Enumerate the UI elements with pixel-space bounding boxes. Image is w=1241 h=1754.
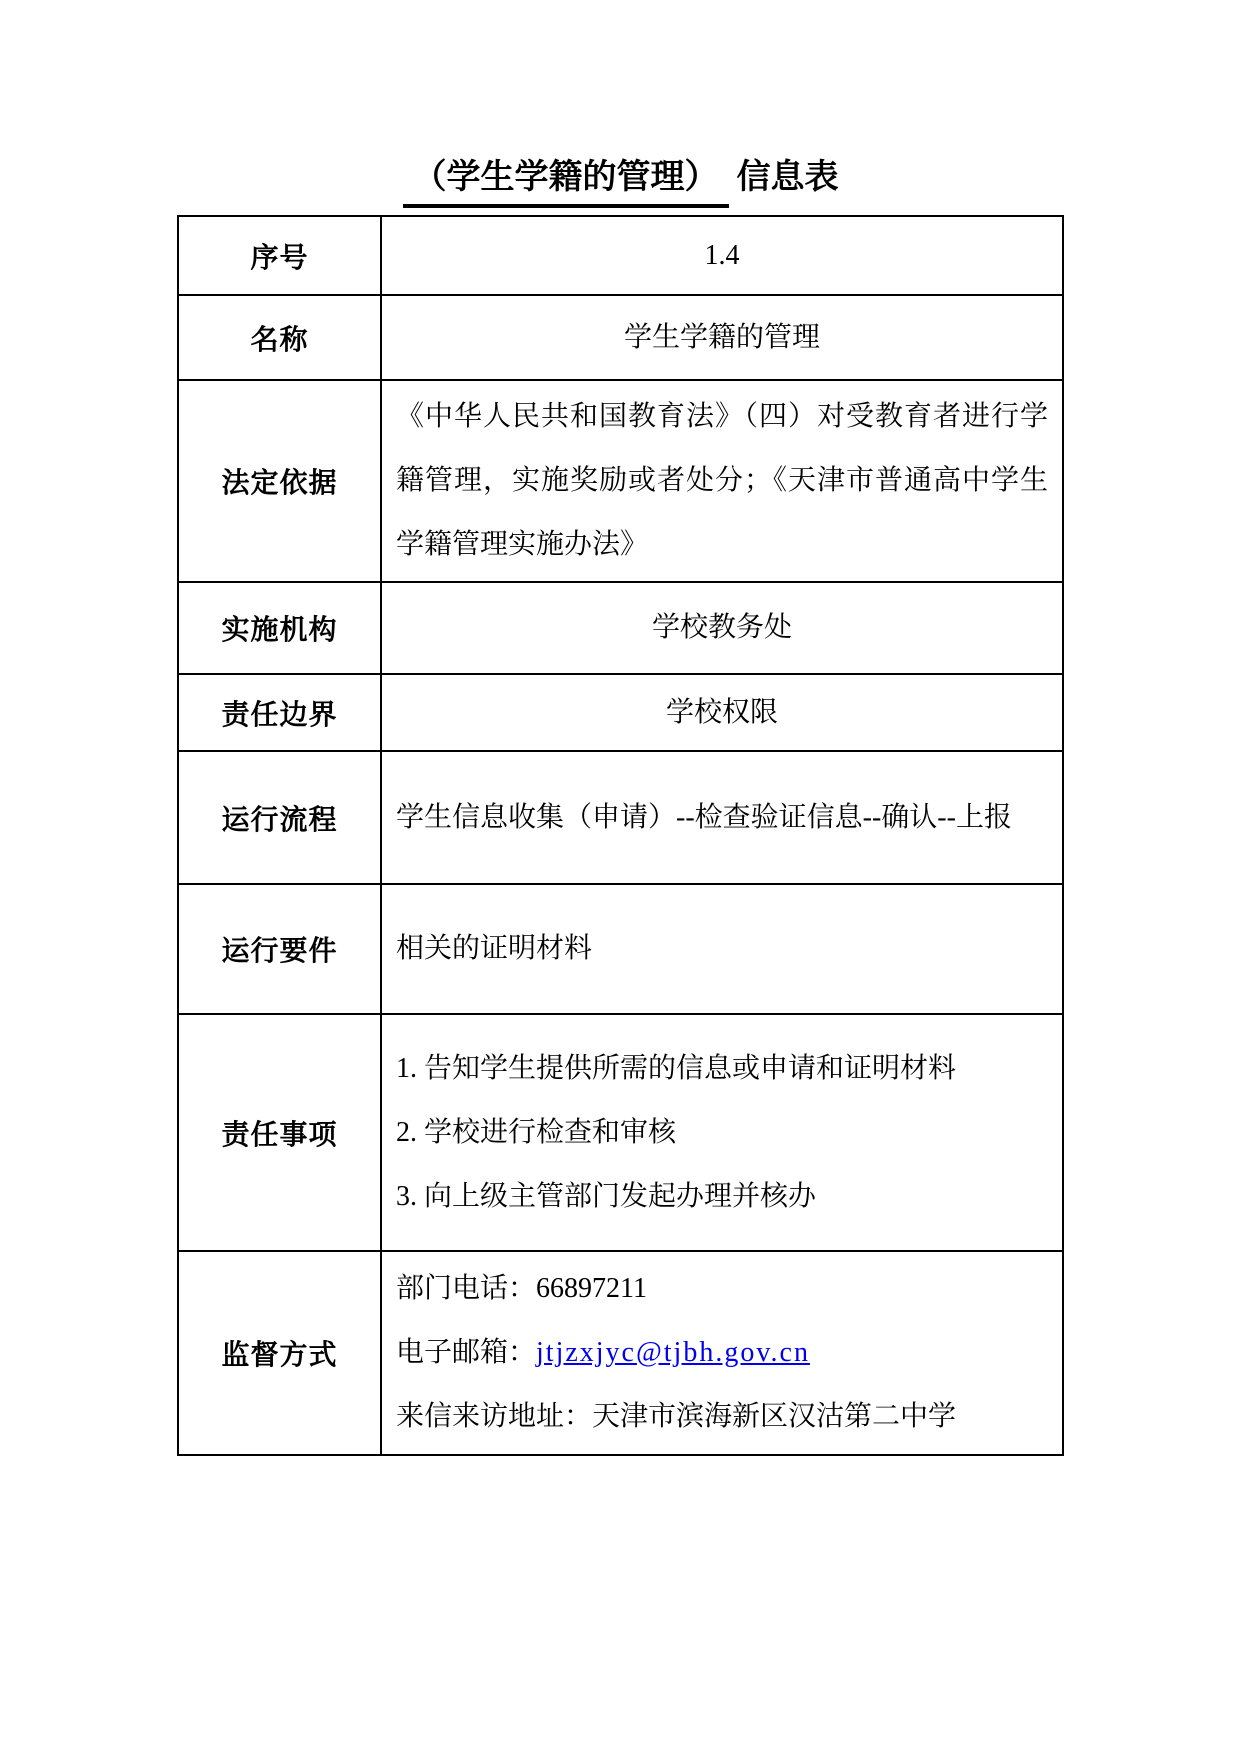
page-title-underlined-part: （学生学籍的管理） — [403, 152, 729, 208]
row-supervision-method: 监督方式 部门电话：66897211 电子邮箱：jtjzxjyc@tjbh.go… — [178, 1251, 1063, 1455]
row-label: 责任边界 — [178, 674, 381, 751]
supervision-email-label: 电子邮箱： — [396, 1337, 536, 1368]
supervision-method-value: 部门电话：66897211 电子邮箱：jtjzxjyc@tjbh.gov.cn … — [381, 1251, 1063, 1455]
operation-requirements-value: 相关的证明材料 — [381, 884, 1063, 1014]
row-label: 监督方式 — [178, 1251, 381, 1455]
row-label: 责任事项 — [178, 1014, 381, 1251]
supervision-address-line: 来信来访地址：天津市滨海新区汉沽第二中学 — [396, 1385, 1048, 1449]
row-name: 名称 学生学籍的管理 — [178, 295, 1063, 380]
supervision-email-link[interactable]: jtjzxjyc@tjbh.gov.cn — [536, 1337, 810, 1368]
supervision-phone-line: 部门电话：66897211 — [396, 1257, 1048, 1321]
responsibility-item: 1. 告知学生提供所需的信息或申请和证明材料 — [396, 1037, 1048, 1101]
row-label: 运行要件 — [178, 884, 381, 1014]
serial-number-value: 1.4 — [381, 216, 1063, 295]
row-serial-number: 序号 1.4 — [178, 216, 1063, 295]
row-responsibility-boundary: 责任边界 学校权限 — [178, 674, 1063, 751]
row-label: 序号 — [178, 216, 381, 295]
row-responsibility-items: 责任事项 1. 告知学生提供所需的信息或申请和证明材料 2. 学校进行检查和审核… — [178, 1014, 1063, 1251]
operation-process-value: 学生信息收集（申请）--检查验证信息--确认--上报 — [381, 751, 1063, 884]
responsibility-items-value: 1. 告知学生提供所需的信息或申请和证明材料 2. 学校进行检查和审核 3. 向… — [381, 1014, 1063, 1251]
responsibility-item: 2. 学校进行检查和审核 — [396, 1101, 1048, 1165]
responsibility-boundary-value: 学校权限 — [381, 674, 1063, 751]
row-implementing-agency: 实施机构 学校教务处 — [178, 582, 1063, 674]
row-label: 实施机构 — [178, 582, 381, 674]
page-title-suffix: 信息表 — [737, 152, 839, 202]
legal-basis-value: 《中华人民共和国教育法》（四）对受教育者进行学籍管理，实施奖励或者处分；《天津市… — [381, 380, 1063, 582]
row-label: 法定依据 — [178, 380, 381, 582]
row-legal-basis: 法定依据 《中华人民共和国教育法》（四）对受教育者进行学籍管理，实施奖励或者处分… — [178, 380, 1063, 582]
implementing-agency-value: 学校教务处 — [381, 582, 1063, 674]
row-operation-requirements: 运行要件 相关的证明材料 — [178, 884, 1063, 1014]
row-label: 名称 — [178, 295, 381, 380]
row-label: 运行流程 — [178, 751, 381, 884]
name-value: 学生学籍的管理 — [381, 295, 1063, 380]
responsibility-item: 3. 向上级主管部门发起办理并核办 — [396, 1165, 1048, 1229]
page-title: （学生学籍的管理）信息表 — [177, 152, 1064, 208]
row-operation-process: 运行流程 学生信息收集（申请）--检查验证信息--确认--上报 — [178, 751, 1063, 884]
supervision-email-line: 电子邮箱：jtjzxjyc@tjbh.gov.cn — [396, 1321, 1048, 1385]
info-table: 序号 1.4 名称 学生学籍的管理 法定依据 《中华人民共和国教育法》（四）对受… — [177, 215, 1064, 1456]
document-page: （学生学籍的管理）信息表 序号 1.4 名称 学生学籍的管理 法定依据 《中华人… — [0, 0, 1241, 1754]
